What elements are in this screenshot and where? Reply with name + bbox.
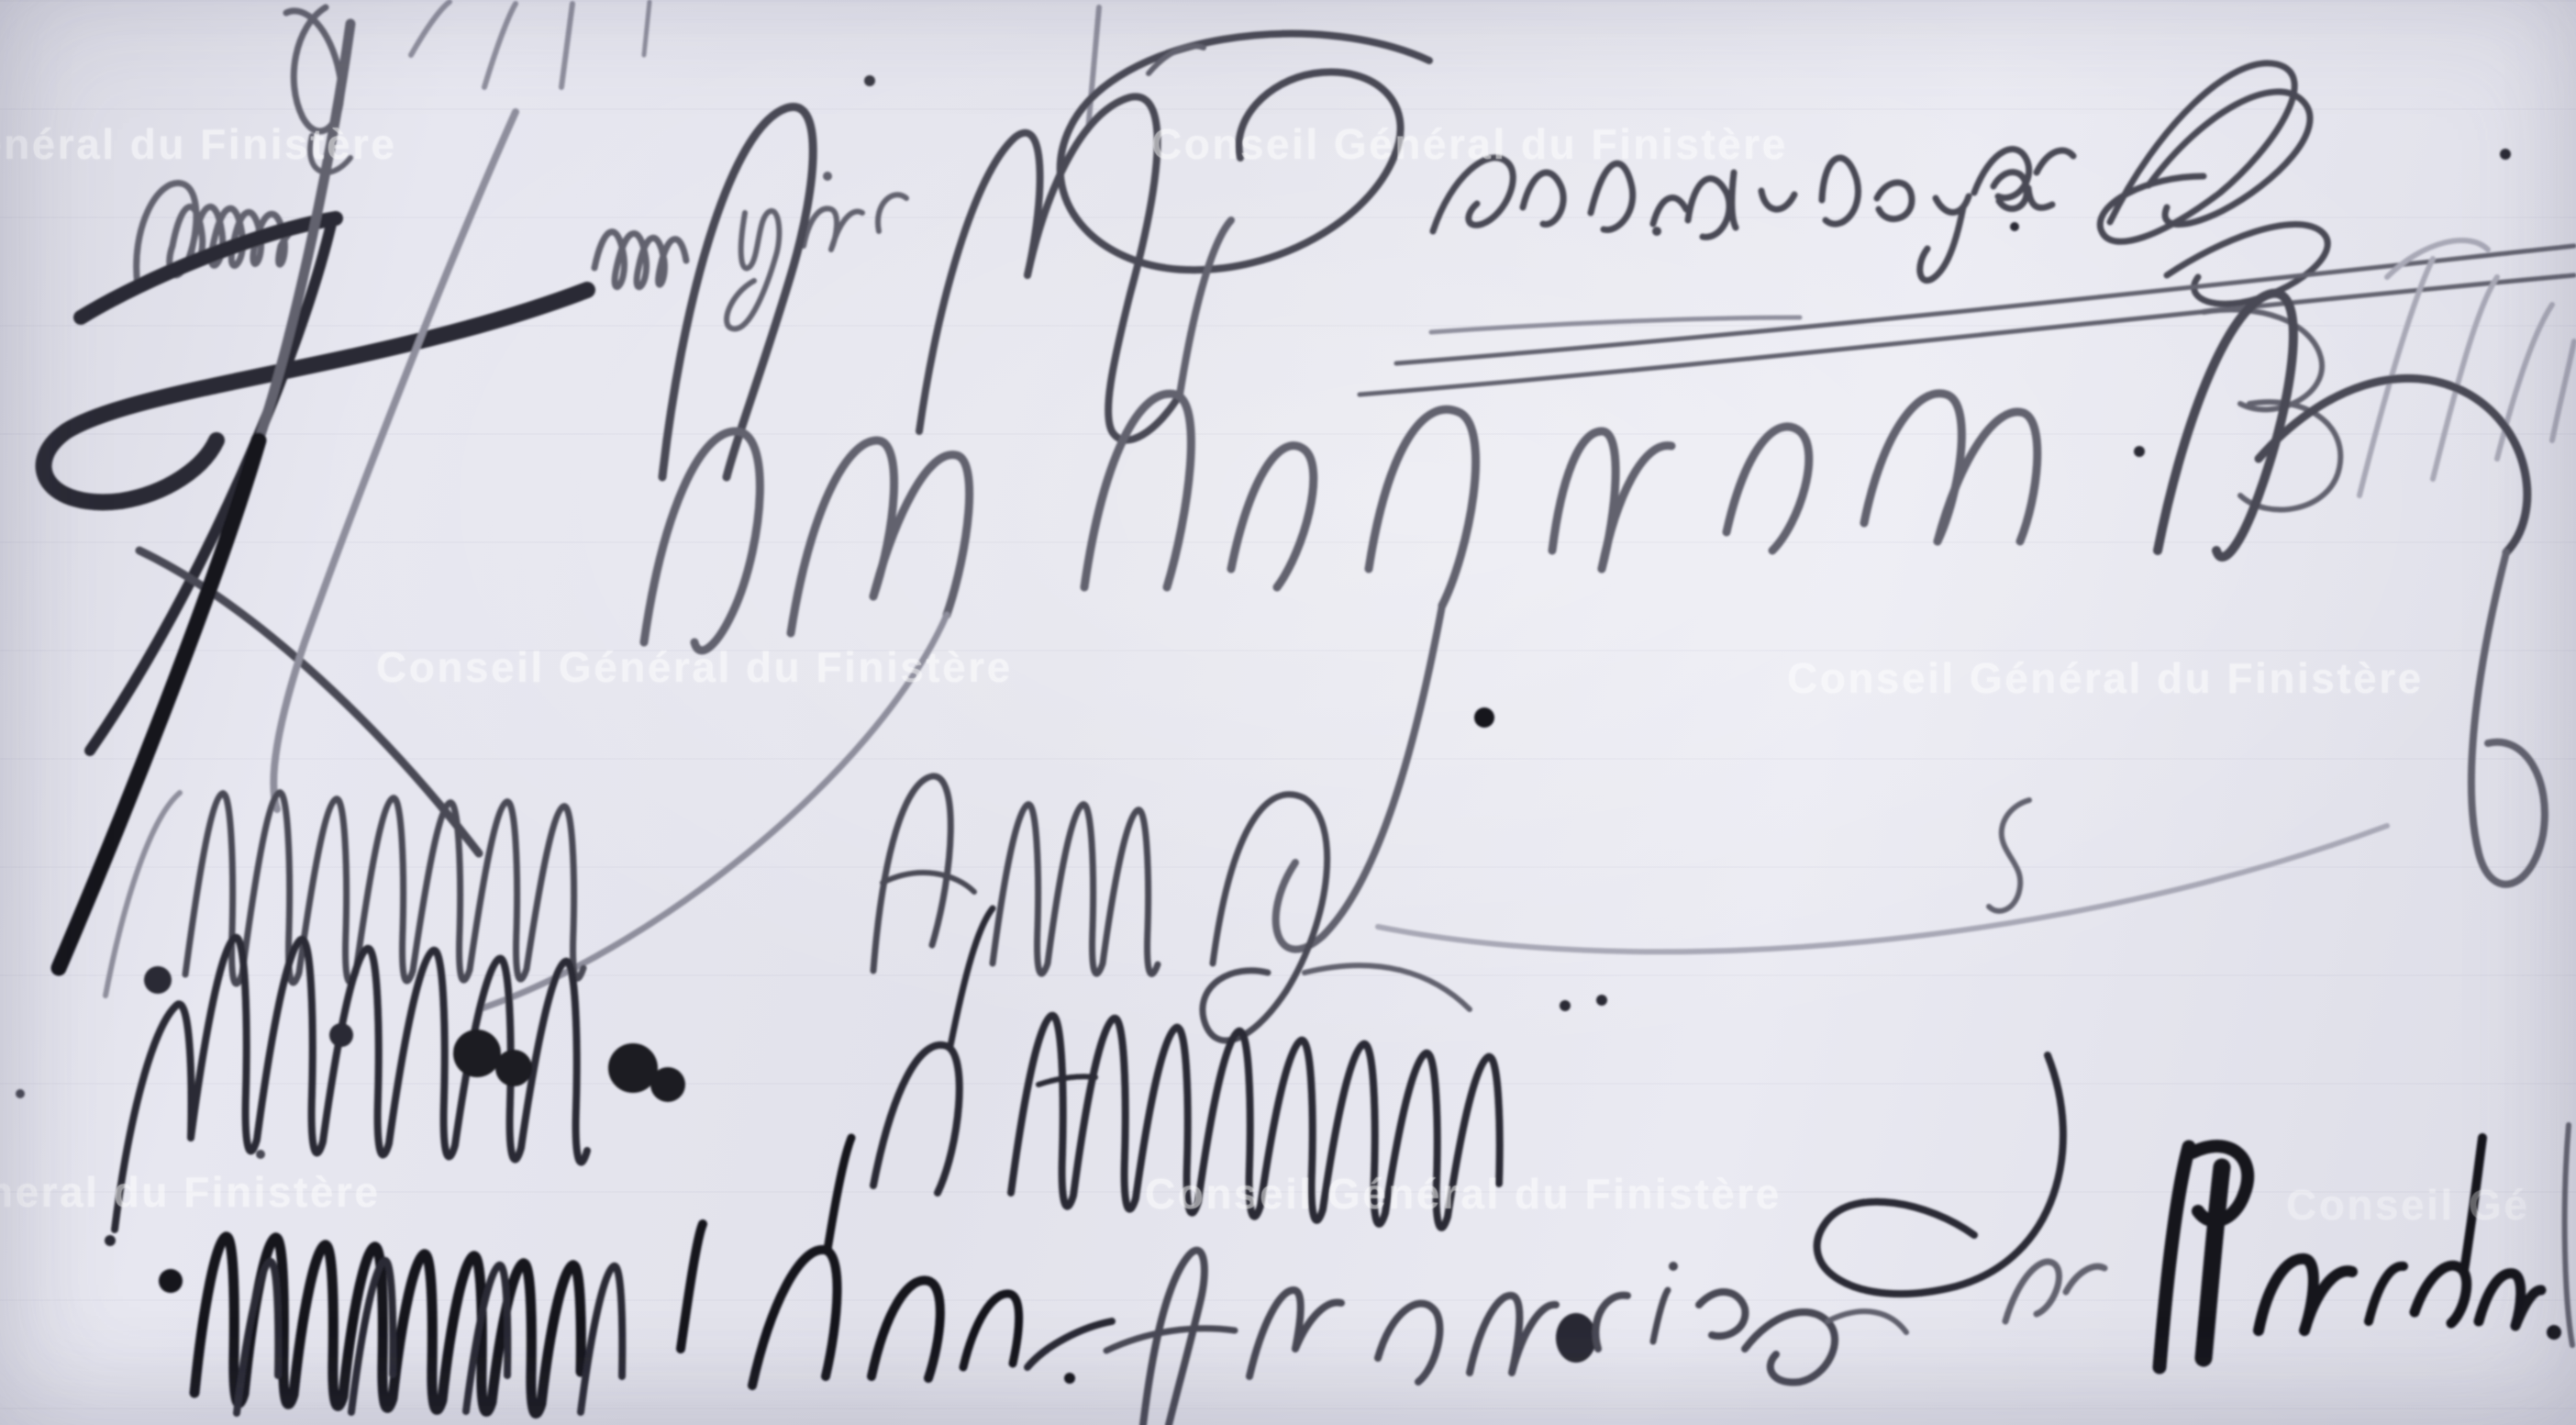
ink-stroke <box>2167 225 2327 305</box>
ink-dot <box>1669 1262 1678 1271</box>
ink-stroke <box>59 440 259 968</box>
ink-dot <box>2010 222 2019 231</box>
ink-stroke <box>2100 63 2294 241</box>
ink-stroke <box>872 1280 940 1378</box>
ink-stroke <box>791 440 894 633</box>
watermark-bottom-left-fragment: neral du Finistère <box>0 1167 380 1217</box>
ink-blot <box>1474 707 1494 728</box>
ink-stroke <box>644 2 650 55</box>
ink-stroke <box>1817 1055 2063 1294</box>
watermark-top-left-fragment: énéral du Finistère <box>0 119 397 169</box>
ink-stroke <box>2160 1147 2189 1367</box>
ink-stroke <box>1938 412 2037 541</box>
ink-stroke <box>1822 158 2052 281</box>
ink-stroke <box>804 208 862 250</box>
ink-stroke <box>1727 427 1809 551</box>
ink-stroke <box>2158 294 2293 557</box>
ink-stroke <box>1827 1311 1906 1332</box>
watermark-bottom-right-fragment: Conseil Gé <box>2286 1180 2529 1230</box>
top-edge-cut-strokes <box>286 2 1099 173</box>
ink-stroke <box>1180 220 1231 395</box>
ink-stroke <box>1088 7 1099 130</box>
ink-stroke <box>2005 1262 2059 1321</box>
signature-de-bourdu <box>2005 1125 2572 1367</box>
ink-stroke <box>2066 1266 2104 1292</box>
ink-stroke <box>1470 1296 1556 1373</box>
ink-dot <box>1652 227 1661 236</box>
ink-stroke <box>681 1224 703 1349</box>
ink-stroke <box>1106 1329 1235 1351</box>
ink-stroke <box>752 1250 838 1386</box>
ink-blot <box>650 1067 685 1102</box>
ink-blot <box>159 1269 183 1293</box>
ink-stroke <box>950 908 993 1046</box>
watermark-bottom-center: Conseil Général du Finistère <box>1145 1169 1782 1219</box>
ink-stroke <box>2479 1274 2541 1326</box>
ink-stroke <box>1305 965 1470 1009</box>
ink-dot <box>1560 1000 1571 1011</box>
ink-stroke <box>411 2 450 55</box>
ink-stroke <box>139 551 479 853</box>
ink-blot <box>608 1043 658 1093</box>
scanned-register-page: énéral du Finistère Conseil Général du F… <box>0 0 2576 1425</box>
ink-stroke <box>1595 1296 1627 1349</box>
ink-stroke <box>1688 173 1794 237</box>
ink-stroke <box>2497 305 2552 459</box>
ink-stroke <box>1989 800 2029 911</box>
ink-stroke <box>1745 1312 1835 1383</box>
ink-dot <box>105 1235 116 1246</box>
ink-stroke <box>1231 446 1314 587</box>
ink-blot <box>453 1030 501 1077</box>
ink-stroke <box>1084 394 1191 587</box>
ink-dot <box>2500 149 2511 160</box>
ink-stroke <box>727 211 779 329</box>
ink-stroke <box>1396 246 2574 363</box>
ink-stroke <box>1203 795 1327 1041</box>
ink-stroke <box>2552 341 2574 440</box>
ink-stroke <box>1369 409 1476 606</box>
ink-blot <box>495 1050 532 1086</box>
ink-stroke <box>2259 1259 2352 1330</box>
ink-stroke <box>2415 1265 2467 1323</box>
ink-dot <box>1596 995 1607 1006</box>
ink-stroke <box>878 195 906 231</box>
ink-stroke <box>1027 1321 1112 1367</box>
ink-stroke <box>1653 1290 1668 1342</box>
ink-stroke <box>2433 277 2497 479</box>
ink-stroke <box>594 232 686 287</box>
ink-stroke <box>484 4 516 87</box>
ink-dot <box>864 75 875 86</box>
ink-stroke <box>561 4 572 87</box>
ink-stroke <box>2565 1125 2572 1345</box>
ink-blot <box>329 1023 353 1047</box>
ink-stroke <box>1699 1292 1745 1336</box>
ink-dot <box>1064 1373 1075 1384</box>
signature-janne-r-ruineas <box>105 776 2029 1041</box>
signature-grand <box>44 24 2545 1009</box>
ink-stroke <box>873 1045 960 1193</box>
ink-stroke <box>993 805 1158 974</box>
ink-stroke <box>883 873 974 892</box>
ink-stroke <box>44 290 587 502</box>
signature-seche-du-boya <box>1060 34 2574 510</box>
watermark-middle-right: Conseil Général du Finistère <box>1787 653 2424 703</box>
ink-stroke <box>1378 1304 1439 1382</box>
ink-stroke <box>1249 1290 1341 1376</box>
ink-stroke <box>919 133 1040 431</box>
ink-stroke <box>1038 1076 1095 1085</box>
ink-stroke <box>1378 826 2387 952</box>
ink-stroke <box>963 1294 1019 1367</box>
ink-stroke <box>2471 552 2545 885</box>
ink-blot <box>144 966 172 994</box>
ink-stroke <box>827 1138 851 1250</box>
ink-stroke <box>2369 1266 2404 1321</box>
ink-blot <box>1556 1313 1596 1363</box>
ink-dot <box>2547 1325 2561 1340</box>
ink-dot <box>2134 446 2145 457</box>
signature-francoise <box>1106 1251 1906 1425</box>
ink-dot <box>823 172 832 181</box>
watermark-middle-left: Conseil Général du Finistère <box>376 642 1013 692</box>
ink-stroke <box>1276 606 1442 950</box>
ink-stroke <box>2204 1167 2222 1358</box>
ink-stroke <box>1431 317 1800 332</box>
ink-dot <box>256 1150 265 1159</box>
watermark-top-center: Conseil Général du Finistère <box>1151 119 1788 169</box>
ink-dot <box>16 1089 25 1098</box>
